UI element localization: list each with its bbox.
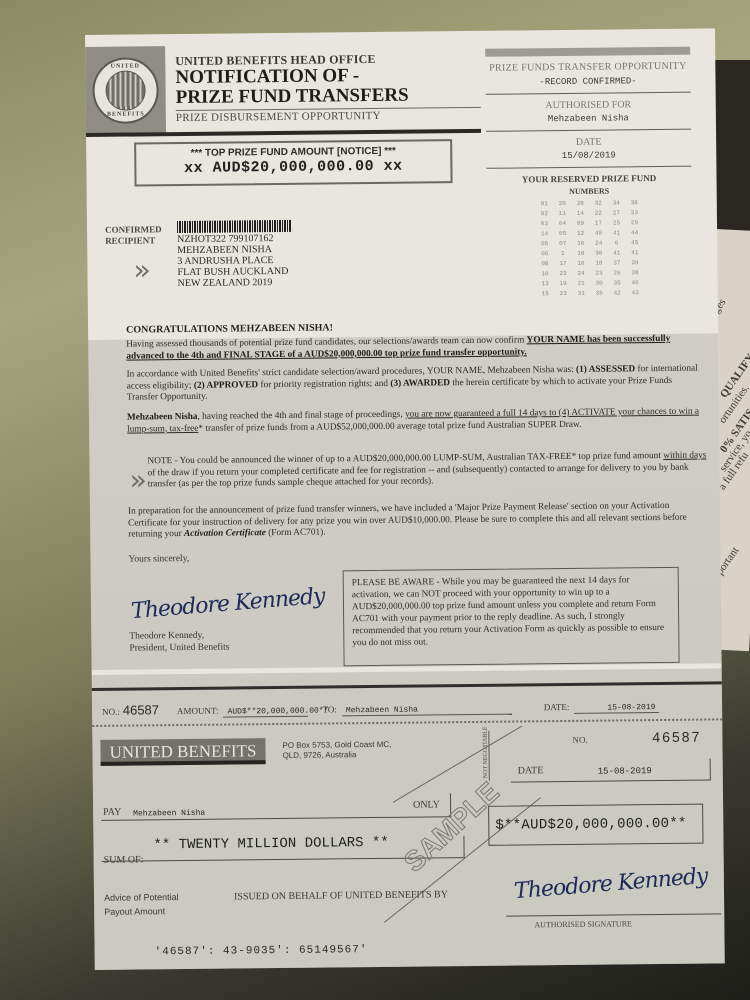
paragraph-3: Mehzabeen Nisha, having reached the 4th … (127, 407, 702, 436)
reserved-number: 10 (572, 260, 590, 267)
reserved-number: 30 (590, 280, 608, 287)
chevron-double-right-icon: » (133, 256, 150, 284)
record-panel: PRIZE FUNDS TRANSFER OPPORTUNITY -RECORD… (485, 47, 693, 298)
reserved-number: 40 (590, 230, 608, 237)
reserved-number: 41 (608, 249, 626, 256)
reserved-number: 05 (554, 230, 572, 237)
reserved-number: 08 (536, 260, 554, 267)
address-line: NEW ZEALAND 2019 (178, 277, 289, 289)
reserved-number: 44 (626, 229, 644, 236)
reserved-number: 21 (572, 280, 590, 287)
issued-by-label: ISSUED ON BEHALF OF UNITED BENEFITS BY (234, 889, 448, 902)
stub-amount: AUD$**20,000,000.00** (224, 707, 309, 718)
authorised-signature-label: AUTHORISED SIGNATURE (534, 919, 632, 929)
reserved-numbers-grid: 0120283234380211142227330304091725291405… (487, 199, 693, 298)
please-be-aware-box: PLEASE BE AWARE - While you may be guara… (343, 567, 680, 667)
reserved-number: 15 (536, 290, 554, 297)
reserved-number: 12 (572, 230, 590, 237)
page-subtitle: PRIZE DISBURSEMENT OPPORTUNITY (176, 110, 381, 124)
reserved-number: 6 (608, 239, 626, 246)
signature: Theodore Kennedy (130, 584, 325, 624)
reserved-number: 17 (589, 220, 607, 227)
reserved-number: 23 (590, 270, 608, 277)
confirmed-recipient-label: CONFIRMED RECIPIENT (105, 224, 162, 247)
record-status: -RECORD CONFIRMED- (485, 76, 690, 88)
reserved-number: 24 (572, 270, 590, 277)
reserved-number: 37 (608, 259, 626, 266)
reserved-number: 31 (572, 290, 590, 297)
reserved-number: 14 (571, 210, 589, 217)
micr-line: '46587': 43-9035': 65149567' (155, 944, 368, 958)
reserved-number: 04 (553, 220, 571, 227)
reserved-number: 41 (626, 249, 644, 256)
cheque-number: 46587 (652, 729, 701, 746)
reserved-number: 32 (589, 200, 607, 207)
reserved-number: 18 (590, 260, 608, 267)
reserved-number: 34 (607, 199, 625, 206)
paragraph-1: Having assessed thousands of potential p… (126, 334, 701, 363)
paragraph-4: In preparation for the announcement of p… (128, 501, 703, 542)
reserved-number: 38 (625, 199, 643, 206)
reserved-number: 01 (535, 200, 553, 207)
reserved-number: 22 (589, 210, 607, 217)
cheque-date: 15-08-2019 (598, 766, 652, 777)
reserved-number: 30 (590, 250, 608, 257)
note-paragraph: NOTE - You could be announced the winner… (147, 451, 707, 491)
reserved-number: 13 (536, 280, 554, 287)
signer: Theodore Kennedy, President, United Bene… (129, 630, 229, 655)
reserved-number: 29 (625, 219, 643, 226)
reserved-number: 40 (626, 279, 644, 286)
chevron-double-right-icon: » (130, 466, 147, 494)
reserved-number: 09 (571, 220, 589, 227)
reserved-number: 19 (554, 280, 572, 287)
reserved-number: 45 (626, 239, 644, 246)
reserved-number: 18 (572, 250, 590, 257)
stub-date: 15-08-2019 (574, 703, 659, 714)
reserved-number: 35 (608, 279, 626, 286)
reserved-number: 39 (626, 259, 644, 266)
reserved-number: 23 (554, 270, 572, 277)
cheque-payee: Mehzabeen Nisha (133, 809, 205, 819)
top-prize-amount: xx AUD$20,000,000.00 xx (136, 157, 450, 177)
reserved-number: 05 (536, 240, 554, 247)
cheque-amount-words: ** TWENTY MILLION DOLLARS ** (153, 835, 388, 853)
cheque-brand: UNITED BENEFITS (100, 738, 265, 766)
page-title: NOTIFICATION OF - PRIZE FUND TRANSFERS (175, 66, 408, 108)
authorised-name: Mehzabeen Nisha (486, 113, 691, 125)
reserved-number: 06 (536, 250, 554, 257)
reserved-number: 20 (553, 200, 571, 207)
perforation-line (92, 718, 722, 727)
reserved-number: 25 (607, 219, 625, 226)
building-icon (105, 70, 145, 110)
reserved-number: 28 (571, 200, 589, 207)
reserved-number: 02 (535, 210, 553, 217)
record-date: 15/08/2019 (486, 150, 691, 162)
recipient-address: NZHOT322 799107162MEHZABEEN NISHA3 ANDRU… (177, 233, 289, 289)
top-prize-notice-box: *** TOP PRIZE FUND AMOUNT [NOTICE] *** x… (134, 139, 452, 186)
barcode-icon (177, 220, 292, 233)
cheque-amount-figures: $**AUD$20,000,000.00** (495, 816, 687, 834)
reserved-number: 41 (608, 229, 626, 236)
reserved-number: 26 (608, 269, 626, 276)
stub-payee: Mehzabeen Nisha (342, 705, 512, 717)
reserved-number: 07 (554, 240, 572, 247)
reserved-number: 35 (590, 290, 608, 297)
reserved-number: 1 (554, 250, 572, 257)
reserved-number: 16 (572, 240, 590, 247)
reserved-number: 10 (536, 270, 554, 277)
reserved-number: 11 (553, 210, 571, 217)
reserved-number: 43 (626, 289, 644, 296)
signoff: Yours sincerely, (128, 554, 189, 565)
reserved-number: 27 (607, 209, 625, 216)
stub-number: 46587 (123, 702, 159, 717)
company-seal-block: UNITED BENEFITS (85, 46, 166, 135)
paragraph-2: In accordance with United Benefits' stri… (127, 364, 702, 405)
reserved-number: 42 (608, 289, 626, 296)
reserved-number: 33 (625, 209, 643, 216)
reserved-number: 17 (554, 260, 572, 267)
advice-label: Advice of Potential Payout Amount (104, 890, 179, 919)
authorised-signature: Theodore Kennedy (513, 864, 708, 904)
reserved-number: 24 (590, 240, 608, 247)
divider (92, 681, 722, 691)
united-benefits-seal-icon: UNITED BENEFITS (92, 57, 159, 124)
reserved-number: 14 (536, 230, 554, 237)
greeting: CONGRATULATIONS MEHZABEEN NISHA! (126, 322, 333, 335)
reserved-number: 03 (535, 220, 553, 227)
prize-notification-letter: UNITED BENEFITS UNITED BENEFITS HEAD OFF… (85, 28, 725, 970)
reserved-number: 38 (626, 269, 644, 276)
cheque-address: PO Box 5753, Gold Coast MC, QLD, 9726, A… (282, 740, 391, 761)
reserved-number: 23 (554, 290, 572, 297)
cheque-stub: NO.: 46587 AMOUNT: AUD$**20,000,000.00**… (102, 696, 712, 718)
